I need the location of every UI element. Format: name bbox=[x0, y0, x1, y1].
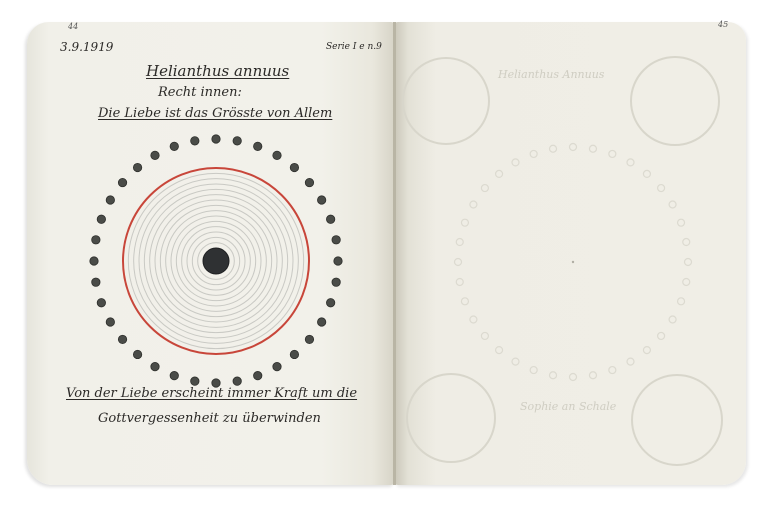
ghost-ring-dot bbox=[470, 201, 477, 208]
title-line-1: Helianthus annuus bbox=[146, 62, 289, 80]
ghost-ring-dot bbox=[496, 170, 503, 177]
ghost-ring-dot bbox=[481, 332, 488, 339]
ring-dot bbox=[290, 350, 298, 358]
ring-dot bbox=[212, 135, 220, 143]
ring-dot bbox=[317, 196, 325, 204]
ring-dot bbox=[305, 178, 313, 186]
left-page-number: 44 bbox=[68, 22, 78, 31]
series-note: Serie I e n.9 bbox=[326, 42, 382, 52]
ghost-corner-circle bbox=[403, 58, 489, 144]
ring-dot bbox=[305, 335, 313, 343]
ring-dot bbox=[233, 377, 241, 385]
ghost-ring-dot bbox=[461, 219, 468, 226]
center-dot bbox=[203, 248, 229, 274]
ring-dot bbox=[332, 236, 340, 244]
ghost-corner-circle bbox=[631, 57, 719, 145]
ring-dot bbox=[90, 257, 98, 265]
ring-dot bbox=[191, 377, 199, 385]
ghost-ring-dot bbox=[658, 332, 665, 339]
ghost-ring-dot bbox=[530, 367, 537, 374]
ring-dot bbox=[118, 178, 126, 186]
ring-dot bbox=[151, 151, 159, 159]
ghost-ring-dot bbox=[512, 358, 519, 365]
diagram-layer bbox=[0, 0, 770, 513]
ghost-ring-dot bbox=[496, 347, 503, 354]
ghost-ring-dot bbox=[683, 278, 690, 285]
title-line-2: Recht innen: bbox=[158, 85, 242, 100]
ghost-text-bottom: Sophie an Schale bbox=[520, 400, 616, 413]
ring-dot bbox=[273, 151, 281, 159]
ring-dot bbox=[106, 318, 114, 326]
ring-dot bbox=[290, 163, 298, 171]
ghost-ring-dot bbox=[530, 150, 537, 157]
ghost-ring-dot bbox=[470, 316, 477, 323]
ring-dot bbox=[334, 257, 342, 265]
ring-dot bbox=[191, 137, 199, 145]
ring-dot bbox=[170, 371, 178, 379]
ghost-ring-dot bbox=[643, 170, 650, 177]
ring-dot bbox=[97, 215, 105, 223]
ghost-ring-dot bbox=[658, 185, 665, 192]
caption-line-2: Gottvergessenheit zu überwinden bbox=[98, 411, 321, 426]
ring-dot bbox=[97, 299, 105, 307]
title-line-3: Die Liebe ist das Grösste von Allem bbox=[98, 106, 332, 121]
ghost-corner-circle bbox=[632, 375, 722, 465]
ghost-ring-dot bbox=[550, 372, 557, 379]
ring-dot bbox=[106, 196, 114, 204]
ghost-corner-circle bbox=[407, 374, 495, 462]
ring-dot bbox=[133, 350, 141, 358]
ghost-ring-dot bbox=[678, 298, 685, 305]
caption-line-1: Von der Liebe erscheint immer Kraft um d… bbox=[66, 386, 357, 401]
ring-dot bbox=[133, 163, 141, 171]
ring-dot bbox=[233, 137, 241, 145]
ghost-ring-dot bbox=[627, 358, 634, 365]
ring-dot bbox=[170, 142, 178, 150]
ring-dot bbox=[254, 142, 262, 150]
ghost-ring-dot bbox=[589, 372, 596, 379]
ring-dot bbox=[118, 335, 126, 343]
species-name: Helianthus annuus bbox=[146, 62, 289, 80]
ghost-ring-dot bbox=[570, 144, 577, 151]
ghost-ring-dot bbox=[669, 201, 676, 208]
date-text: 3.9.1919 bbox=[60, 40, 113, 54]
ghost-ring-dot bbox=[570, 374, 577, 381]
ring-dot bbox=[317, 318, 325, 326]
ring-dot bbox=[92, 278, 100, 286]
ring-dot bbox=[332, 278, 340, 286]
ghost-ring-dot bbox=[609, 367, 616, 374]
ghost-ring-dot bbox=[669, 316, 676, 323]
ghost-center-dot bbox=[572, 261, 574, 263]
ghost-ring-dot bbox=[461, 298, 468, 305]
ring-dot bbox=[326, 215, 334, 223]
ghost-ring-dot bbox=[512, 159, 519, 166]
ghost-ring-dot bbox=[455, 259, 462, 266]
ghost-ring-dot bbox=[589, 145, 596, 152]
ghost-ring-dot bbox=[550, 145, 557, 152]
ring-dot bbox=[151, 362, 159, 370]
ring-dot bbox=[254, 371, 262, 379]
ghost-ring-dot bbox=[481, 185, 488, 192]
ghost-ring-dot bbox=[609, 150, 616, 157]
ring-dot bbox=[273, 362, 281, 370]
ghost-ring-dot bbox=[456, 239, 463, 246]
ghost-ring-dot bbox=[643, 347, 650, 354]
ghost-ring-dot bbox=[683, 239, 690, 246]
ring-dot bbox=[92, 236, 100, 244]
ring-dot bbox=[326, 299, 334, 307]
ghost-ring-dot bbox=[627, 159, 634, 166]
ghost-ring-dot bbox=[678, 219, 685, 226]
ghost-ring-dot bbox=[685, 259, 692, 266]
right-page-number: 45 bbox=[718, 20, 728, 29]
ghost-text-top: Helianthus Annuus bbox=[498, 68, 604, 81]
ghost-ring-dot bbox=[456, 278, 463, 285]
open-notebook: 44 3.9.1919 Serie I e n.9 Helianthus ann… bbox=[0, 0, 770, 513]
